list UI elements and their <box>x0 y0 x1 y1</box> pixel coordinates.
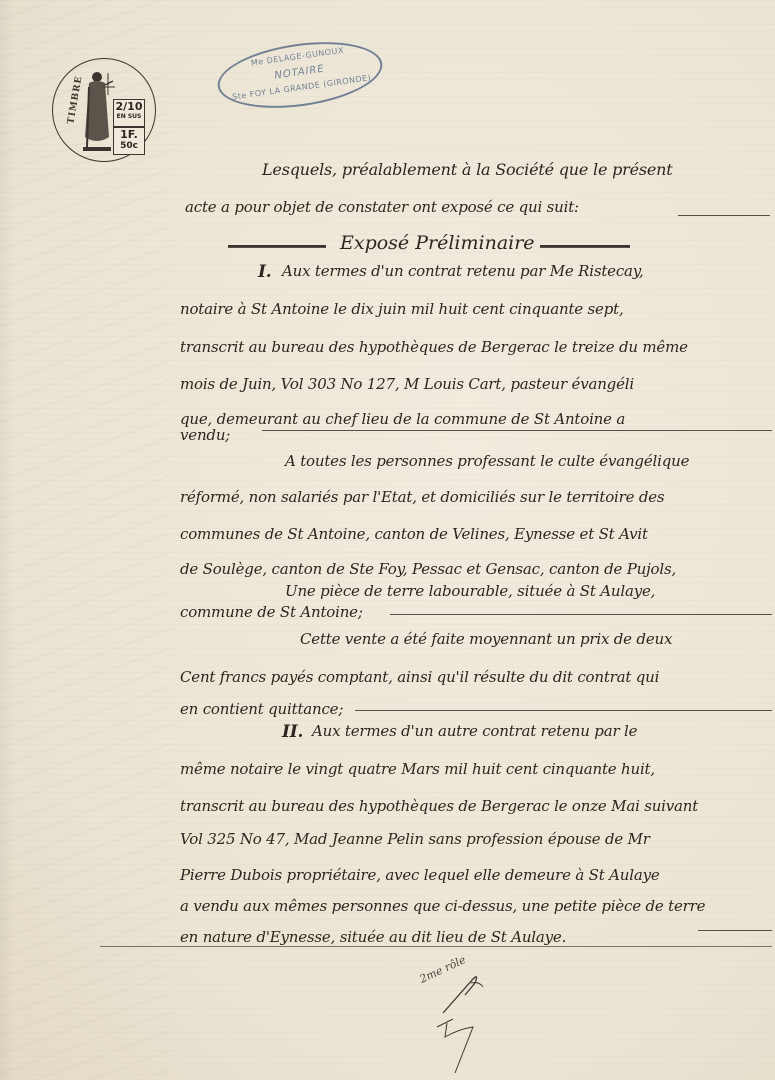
s2-line-4: Vol 325 No 47, Mad Jeanne Pelin sans pro… <box>180 830 650 848</box>
fiscal-stamp: TIMBRE 2/10 EN SUS 1F. 50c <box>52 58 156 162</box>
s2-line-3: transcrit au bureau des hypothèques de B… <box>180 797 698 815</box>
s1-line-3: transcrit au bureau des hypothèques de B… <box>180 338 688 356</box>
s1-p3-line-2: commune de St Antoine; <box>180 603 363 621</box>
stamp-surcharge-label: EN SUS <box>114 113 144 121</box>
s1-p4-line-3: en contient quittance; <box>180 700 343 718</box>
initials-signature-icon <box>435 965 495 1075</box>
s1-p3-line-1: Une pièce de terre labourable, située à … <box>285 582 655 600</box>
stamp-surcharge-box: 2/10 EN SUS <box>113 99 145 127</box>
intro-rule <box>678 215 770 216</box>
section-heading: Exposé Préliminaire <box>340 232 535 254</box>
s2-rule-end <box>698 930 772 931</box>
section-2-numeral: II. <box>282 722 303 742</box>
heading-rule-left <box>228 245 326 248</box>
s1-line-2: notaire à St Antoine le dix juin mil hui… <box>180 300 624 318</box>
intro-line-1: Lesquels, préalablement à la Société que… <box>262 160 673 179</box>
justice-figure-icon <box>75 67 115 153</box>
s1-p4-line-1: Cette vente a été faite moyennant un pri… <box>300 630 672 648</box>
s1-p2-line-2: réformé, non salariés par l'Etat, et dom… <box>180 488 664 506</box>
s1-rule-1 <box>262 430 772 431</box>
s1-p4-line-2: Cent francs payés comptant, ainsi qu'il … <box>180 668 659 686</box>
s1-p2-line-3: communes de St Antoine, canton de Veline… <box>180 525 648 543</box>
bleed-through-texture <box>0 0 170 1080</box>
heading-rule-right <box>540 245 630 248</box>
intro-line-2: acte a pour objet de constater ont expos… <box>185 198 579 216</box>
s2-line-5: Pierre Dubois propriétaire, avec lequel … <box>180 866 660 884</box>
stamp-price-box: 1F. 50c <box>113 127 145 155</box>
s2-line-6: a vendu aux mêmes personnes que ci-dessu… <box>180 897 705 915</box>
stamp-price-francs: 1F. <box>114 128 144 141</box>
s1-rule-3 <box>355 710 772 711</box>
stamp-surcharge-value: 2/10 <box>114 100 144 113</box>
s1-p2-line-1: A toutes les personnes professant le cul… <box>285 452 689 470</box>
s1-p2-line-4: de Soulège, canton de Ste Foy, Pessac et… <box>180 560 676 578</box>
s1-line-1: Aux termes d'un contrat retenu par Me Ri… <box>282 262 644 280</box>
s2-line-1: Aux termes d'un autre contrat retenu par… <box>312 722 637 740</box>
s2-line-2: même notaire le vingt quatre Mars mil hu… <box>180 760 655 778</box>
notary-stamp: Me DELAGE-GUNOUX NOTAIRE Ste FOY LA GRAN… <box>213 33 386 117</box>
s1-rule-2 <box>390 614 772 615</box>
s1-line-5: que, demeurant au chef lieu de la commun… <box>180 410 625 428</box>
s2-line-7: en nature d'Eynesse, située au dit lieu … <box>180 928 566 946</box>
s1-line-6: vendu; <box>180 426 230 444</box>
document-page: TIMBRE 2/10 EN SUS 1F. 50c Me DELAGE-GUN… <box>0 0 775 1080</box>
stamp-price-centimes: 50c <box>114 141 144 151</box>
s1-line-4: mois de Juin, Vol 303 No 127, M Louis Ca… <box>180 375 634 393</box>
section-1-numeral: I. <box>258 262 271 282</box>
bottom-rule <box>100 946 772 947</box>
